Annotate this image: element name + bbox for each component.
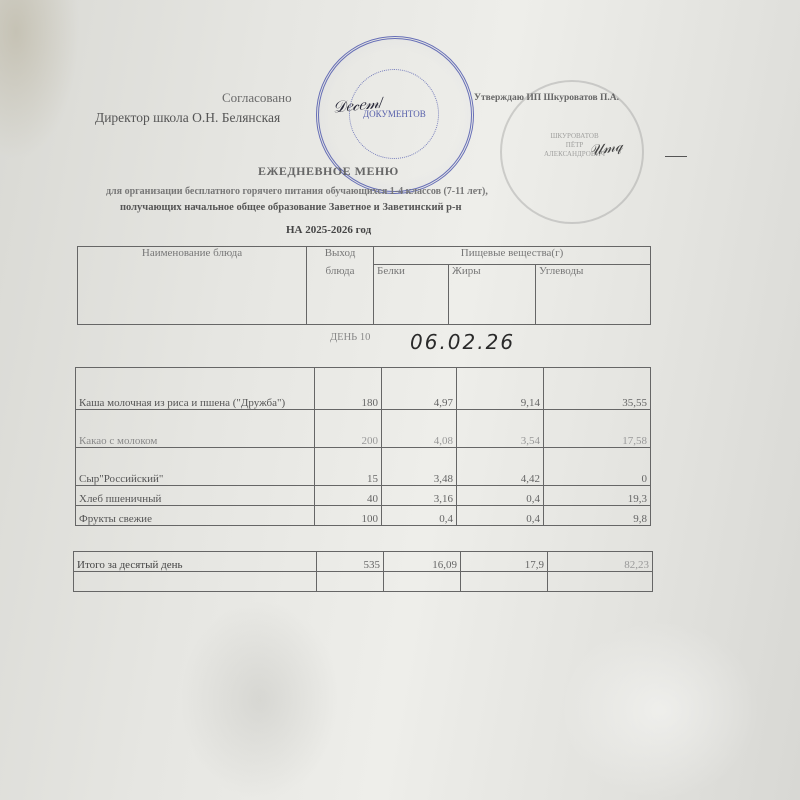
dish-proteins: 3,48	[382, 448, 457, 486]
paper-highlight	[560, 620, 760, 800]
col-fats: Жиры	[449, 265, 536, 325]
total-fats: 17,9	[461, 552, 548, 572]
totals-table: Итого за десятый день 535 16,09 17,9 82,…	[73, 551, 653, 592]
col-nutrients: Пищевые вещества(г)	[374, 247, 651, 265]
dish-fats: 0,4	[457, 506, 544, 526]
empty-cell	[461, 572, 548, 592]
total-yield: 535	[317, 552, 384, 572]
dish-carbs: 35,55	[544, 368, 651, 410]
document-title: ЕЖЕДНЕВНОЕ МЕНЮ	[258, 164, 399, 179]
table-row: Какао с молоком 200 4,08 3,54 17,58	[76, 410, 651, 448]
empty-cell	[384, 572, 461, 592]
dish-name: Хлеб пшеничный	[76, 486, 315, 506]
dish-name: Каша молочная из риса и пшена ("Дружба")	[76, 368, 315, 410]
col-dish: Наименование блюда	[78, 247, 307, 325]
signature-dash	[665, 156, 687, 157]
approved-line: Утверждаю ИП Шкуроватов П.А.	[474, 93, 619, 103]
dish-yield: 200	[315, 410, 382, 448]
dish-proteins: 0,4	[382, 506, 457, 526]
agreed-label: Согласовано	[222, 90, 292, 106]
dish-name: Какао с молоком	[76, 410, 315, 448]
dish-fats: 3,54	[457, 410, 544, 448]
col-yield: Выход	[307, 247, 374, 265]
total-carbs: 82,23	[548, 552, 653, 572]
dish-name: Фрукты свежие	[76, 506, 315, 526]
dish-yield: 15	[315, 448, 382, 486]
dish-proteins: 3,16	[382, 486, 457, 506]
empty-cell	[317, 572, 384, 592]
dish-yield: 40	[315, 486, 382, 506]
dish-fats: 0,4	[457, 486, 544, 506]
day-label: ДЕНЬ 10	[330, 332, 370, 343]
total-label: Итого за десятый день	[74, 552, 317, 572]
paper-shadow	[180, 600, 340, 800]
totals-row: Итого за десятый день 535 16,09 17,9 82,…	[74, 552, 653, 572]
col-carbs: Углеводы	[536, 265, 651, 325]
table-row: Фрукты свежие 100 0,4 0,4 9,8	[76, 506, 651, 526]
dish-carbs: 17,58	[544, 410, 651, 448]
table-row: Сыр"Российский" 15 3,48 4,42 0	[76, 448, 651, 486]
col-proteins: Белки	[374, 265, 449, 325]
table-row: Хлеб пшеничный 40 3,16 0,4 19,3	[76, 486, 651, 506]
dish-carbs: 0	[544, 448, 651, 486]
menu-table: Каша молочная из риса и пшена ("Дружба")…	[75, 367, 651, 526]
empty-cell	[74, 572, 317, 592]
dish-carbs: 19,3	[544, 486, 651, 506]
empty-row	[74, 572, 653, 592]
dish-yield: 100	[315, 506, 382, 526]
director-line: Директор школа О.Н. Белянская	[95, 110, 280, 126]
dish-fats: 9,14	[457, 368, 544, 410]
dish-proteins: 4,97	[382, 368, 457, 410]
total-proteins: 16,09	[384, 552, 461, 572]
col-yield-2: блюда	[307, 265, 374, 325]
dish-fats: 4,42	[457, 448, 544, 486]
dish-proteins: 4,08	[382, 410, 457, 448]
handwritten-date: 06.02.26	[410, 330, 515, 354]
table-row: Каша молочная из риса и пшена ("Дружба")…	[76, 368, 651, 410]
document-subtitle-1: для организации бесплатного горячего пит…	[106, 186, 488, 197]
dish-yield: 180	[315, 368, 382, 410]
dish-carbs: 9,8	[544, 506, 651, 526]
paper-stain	[0, 0, 80, 160]
dish-name: Сыр"Российский"	[76, 448, 315, 486]
menu-table-header: Наименование блюда Выход Пищевые веществ…	[77, 246, 651, 325]
document-subtitle-2: получающих начальное общее образование З…	[120, 202, 462, 213]
empty-cell	[548, 572, 653, 592]
document-year: НА 2025-2026 год	[286, 224, 371, 236]
